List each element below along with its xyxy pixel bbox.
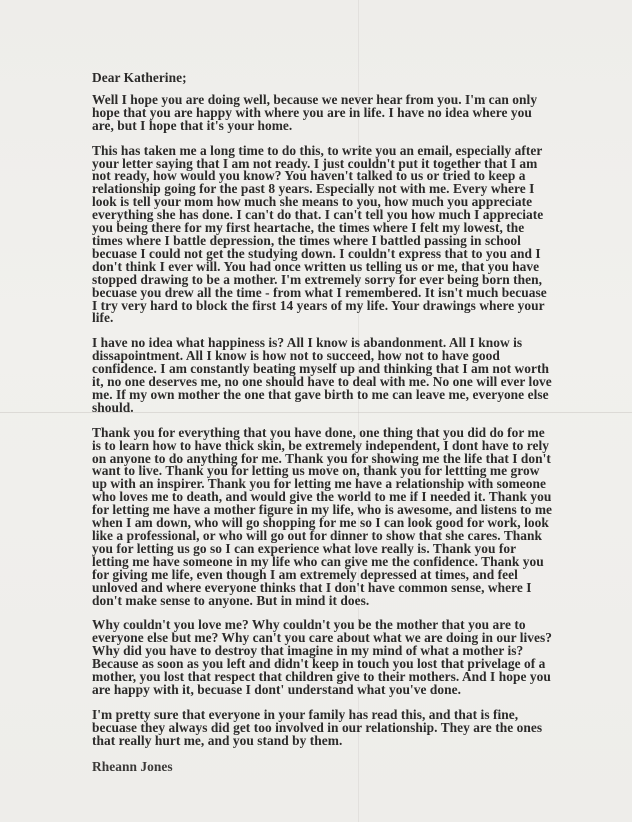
letter-body: Dear Katherine; Well I hope you are doin…	[92, 72, 554, 787]
paragraph-1: Well I hope you are doing well, because …	[92, 94, 554, 133]
signature: Rheann Jones	[92, 761, 554, 774]
paragraph-5: Why couldn't you love me? Why couldn't y…	[92, 619, 554, 696]
paragraph-3: I have no idea what happiness is? All I …	[92, 337, 554, 414]
salutation: Dear Katherine;	[92, 72, 554, 85]
paragraph-4: Thank you for everything that you have d…	[92, 427, 554, 608]
paragraph-6: I'm pretty sure that everyone in your fa…	[92, 709, 554, 748]
paragraph-2: This has taken me a long time to do this…	[92, 145, 554, 326]
